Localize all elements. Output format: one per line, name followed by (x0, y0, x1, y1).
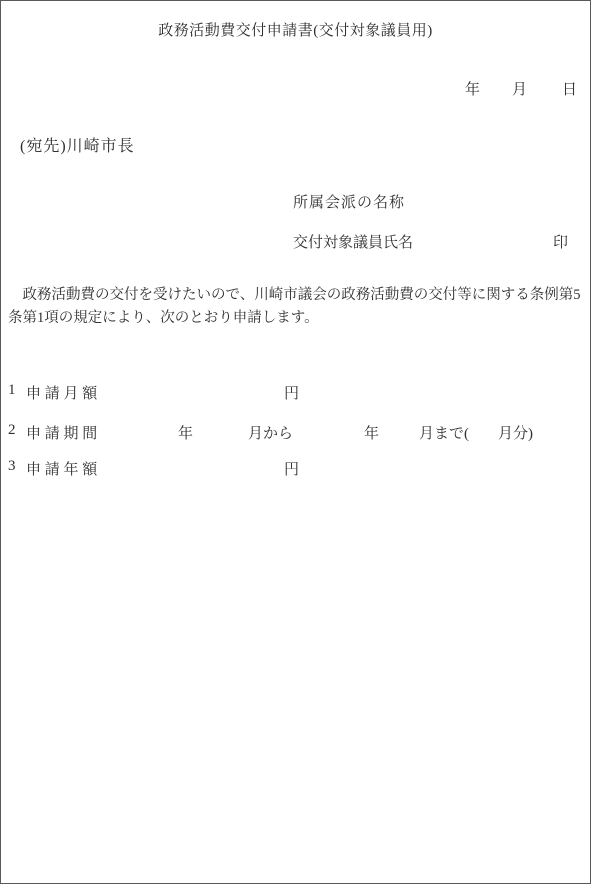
application-statement: 政務活動費の交付を受けたいので、川崎市議会の政務活動費の交付等に関する条例第5条… (8, 284, 586, 330)
member-name-label: 交付対象議員氏名 (293, 231, 413, 252)
date-year-blank (480, 78, 512, 99)
date-month-blank (527, 78, 562, 99)
date-line: 年 月 日 (465, 78, 577, 99)
addressee-line: (宛先)川崎市長 (20, 133, 135, 156)
date-year-label: 年 (465, 78, 480, 99)
application-item-period: 2 申 請 期 間 年 月から 年 月まで( 月分) (8, 422, 586, 440)
date-month-label: 月 (512, 78, 527, 99)
item-unit-yen: 円 (284, 382, 299, 403)
period-year-from-label: 年 (178, 422, 193, 443)
member-name-line: 交付対象議員氏名 印 (1, 231, 590, 249)
date-day-label: 日 (562, 78, 577, 99)
faction-name-label: 所属会派の名称 (293, 191, 405, 212)
item-label: 申 請 期 間 (26, 422, 97, 443)
application-item-annual-amount: 3 申 請 年 額 円 (8, 458, 586, 476)
seal-mark: 印 (553, 231, 568, 252)
period-months-count-label: 月分) (498, 422, 533, 443)
item-label: 申 請 月 額 (26, 382, 97, 403)
period-month-to-label: 月まで( (419, 422, 469, 443)
item-label: 申 請 年 額 (26, 458, 97, 479)
item-number: 2 (8, 422, 16, 439)
item-number: 3 (8, 458, 16, 475)
item-unit-yen: 円 (284, 458, 299, 479)
application-form-page: 政務活動費交付申請書(交付対象議員用) 年 月 日 (宛先)川崎市長 所属会派の… (0, 0, 591, 884)
period-month-from-label: 月から (248, 422, 293, 443)
item-number: 1 (8, 382, 16, 399)
form-title: 政務活動費交付申請書(交付対象議員用) (1, 19, 590, 40)
application-item-monthly-amount: 1 申 請 月 額 円 (8, 382, 586, 400)
period-year-to-label: 年 (364, 422, 379, 443)
